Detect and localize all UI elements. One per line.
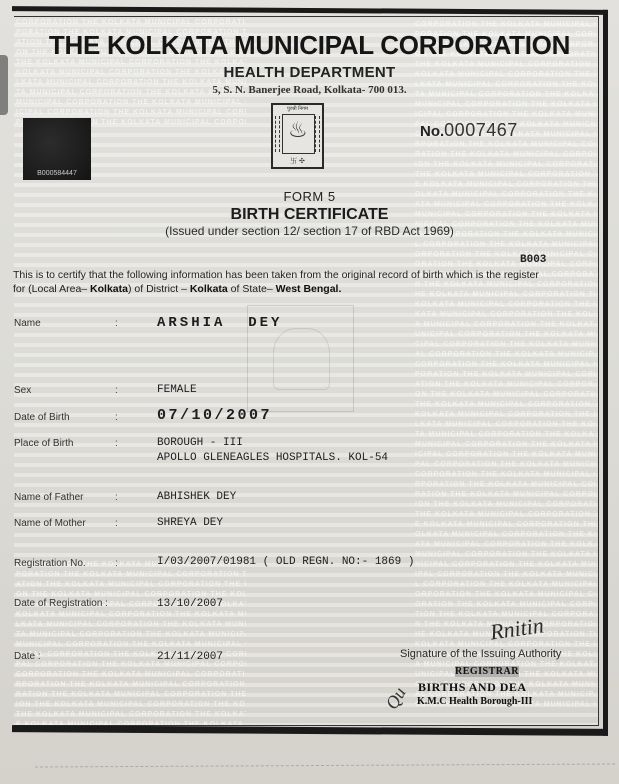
father-name-value: ABHISHEK DEY [157, 491, 236, 503]
certificate-number-prefix: No. [420, 123, 444, 140]
father-label: Name of Father [14, 492, 83, 503]
name-label: Name [14, 318, 41, 329]
security-hologram-icon: B000584447 [23, 118, 91, 180]
emblem-left-pillar [275, 116, 280, 152]
certificate-number: No.0007467 [420, 120, 518, 141]
dob-value: 07/10/2007 [157, 407, 272, 424]
sex-colon: : [115, 385, 118, 396]
name-colon: : [115, 318, 118, 329]
certify-prefix: for (Local Area– [13, 283, 90, 295]
place-of-birth-colon: : [115, 438, 118, 449]
certify-mid-state: of State– [228, 283, 276, 295]
registrar-stamp-line-2: BIRTHS AND DEA [418, 680, 527, 695]
kmc-flame-emblem-icon: पुरश्री निगम ♨ 卐 ✣ [271, 103, 324, 169]
department-address: 5, S. N. Banerjee Road, Kolkata- 700 013… [0, 84, 619, 96]
registrar-stamp-line-1: REGISTRAR [455, 666, 519, 677]
issue-date-label: Date : [14, 651, 41, 662]
department-name: HEALTH DEPARTMENT [0, 64, 619, 81]
emblem-center-frame: ♨ [282, 114, 315, 154]
registration-date-value: 13/10/2007 [157, 598, 223, 610]
registration-no-label: Registration No. [14, 558, 86, 569]
sex-value: FEMALE [157, 384, 197, 396]
certificate-subtitle: (Issued under section 12/ section 17 of … [0, 224, 619, 238]
place-of-birth-line-1: BOROUGH - III [157, 437, 243, 449]
certify-line-1: This is to certify that the following in… [13, 269, 539, 281]
registration-no-value: I/03/2007/01981 ( OLD REGN. NO:- 1869 ) [157, 556, 414, 568]
mother-label: Name of Mother [14, 518, 86, 529]
form-number: FORM 5 [0, 189, 619, 204]
place-of-birth-label: Place of Birth [14, 438, 73, 449]
certification-statement: This is to certify that the following in… [13, 268, 598, 296]
place-of-birth-line-2: APOLLO GLENEAGLES HOSPITALS. KOL-54 [157, 452, 388, 464]
registrar-stamp-line-3: K.M.C Health Borough-III [417, 696, 532, 707]
dob-label: Date of Birth [14, 412, 70, 423]
state: West Bengal. [276, 283, 342, 295]
father-colon: : [115, 492, 118, 503]
security-serial: B000584447 [23, 170, 91, 177]
district: Kolkata [190, 283, 228, 295]
corporation-title: THE KOLKATA MUNICIPAL CORPORATION [0, 30, 619, 61]
registration-no-colon: : [115, 558, 118, 569]
emblem-bottom-symbols: 卐 ✣ [273, 156, 322, 166]
signature-label: Signature of the Issuing Authority [400, 648, 561, 660]
mother-name-value: SHREYA DEY [157, 517, 223, 529]
emblem-right-pillar [315, 116, 320, 152]
issue-date-value: 21/11/2007 [157, 651, 223, 663]
watermark-pattern-bottom-left: CORPORATION THE KOLKATA MUNICIPAL CORPOR… [16, 560, 246, 725]
registration-date-label: Date of Registration : [14, 598, 108, 609]
certify-mid-district: ) of District – [128, 283, 190, 295]
mother-colon: : [115, 518, 118, 529]
emblem-top-text: पुरश्री निगम [285, 106, 310, 112]
local-area: Kolkata [90, 283, 128, 295]
office-code: B003 [520, 254, 546, 266]
sex-label: Sex [14, 385, 31, 396]
child-name-value: ARSHIA DEY [157, 315, 282, 331]
dob-colon: : [115, 412, 118, 423]
certificate-title: BIRTH CERTIFICATE [0, 206, 619, 224]
certificate-number-value: 0007467 [444, 120, 518, 140]
flame-icon: ♨ [288, 119, 308, 141]
